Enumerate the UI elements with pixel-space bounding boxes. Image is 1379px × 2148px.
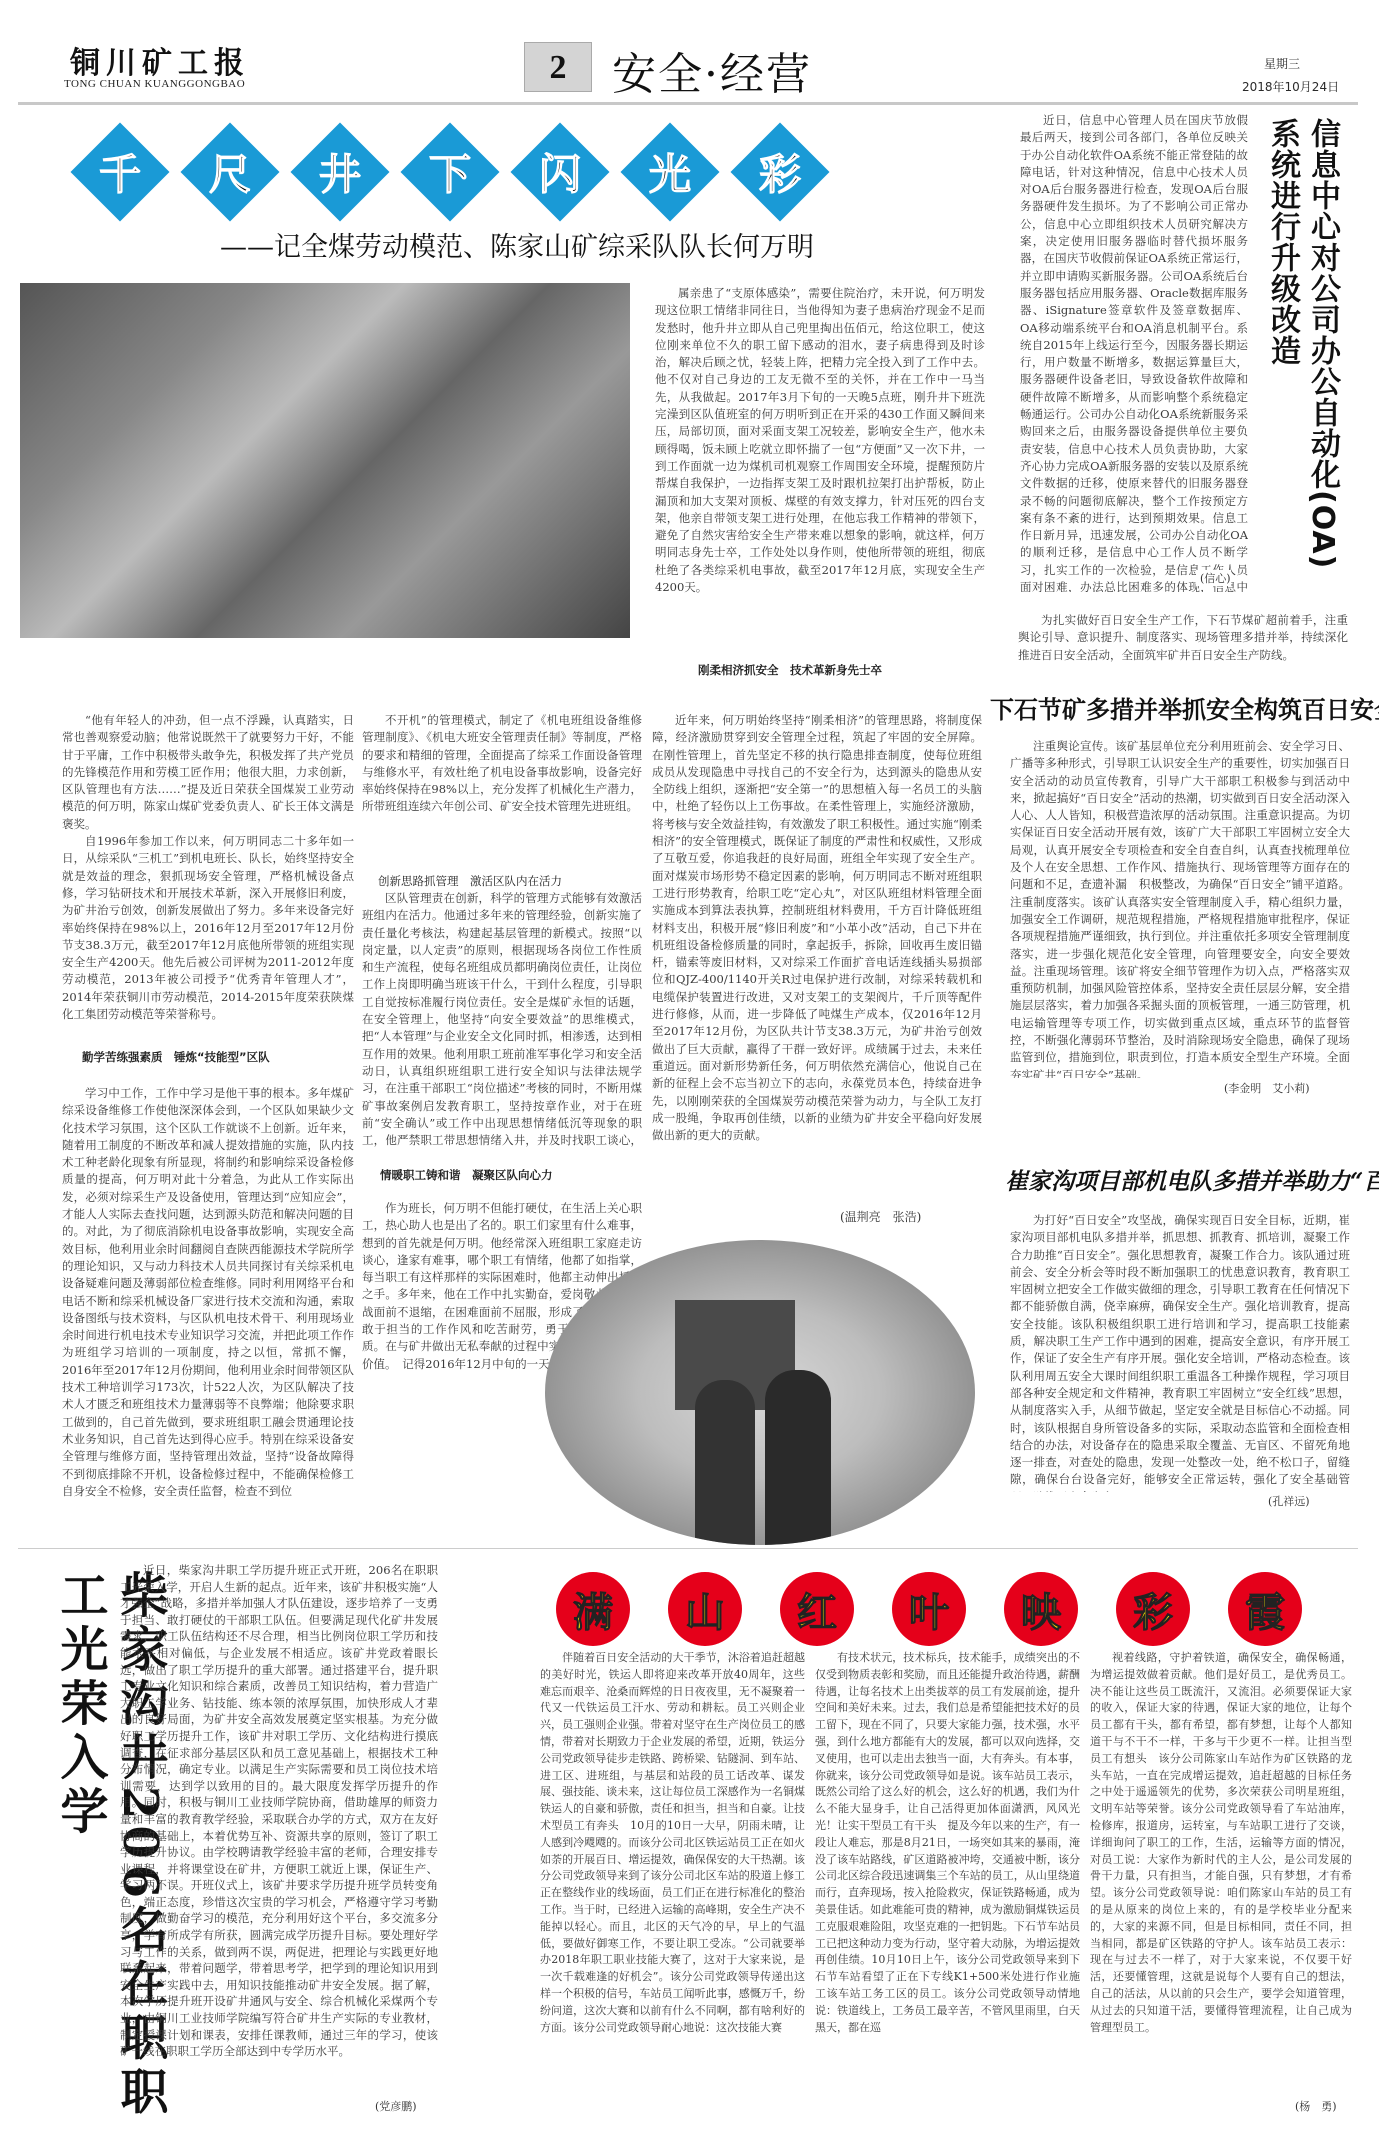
- chaijiagou-text: 近日，柴家沟井职工学历提升班正式开班，206名在职职工光荣入学，开启人生新的起点…: [120, 1562, 438, 2092]
- oa-story-text: 近日，信息中心管理人员在国庆节放假最后两天，接到公司各部门，各单位反映关于办公自…: [1020, 112, 1248, 592]
- lead-col3: 近年来，何万明始终坚持“刚柔相济”的管理思路，将制度保障，经济激励贯穿到安全管理…: [652, 712, 982, 1202]
- title-diamond: 光: [620, 122, 720, 222]
- lead-col2-b: 区队管理责在创新，科学的管理方式能够有效激活班组内在活力。他通过多年来的管理经验…: [362, 890, 642, 1150]
- photo-caption: 刚柔相济抓安全 技术革新身先士卒: [698, 662, 882, 678]
- xsj-intro: 为扎实做好百日安全生产工作，下石节煤矿超前着手，注重舆论引导、意识提升、制度落实…: [1018, 612, 1348, 668]
- railway-col2: 有技术状元，技术标兵，技术能手，成绩突出的不仅受到物质表彰和奖励，而且还能提升政…: [815, 1650, 1080, 2130]
- title-diamond: 千: [70, 122, 170, 222]
- title-diamond: 彩: [730, 122, 830, 222]
- cjg-text: 为打好“百日安全”攻坚战，确保实现百日安全目标，近期，崔家沟项目部机电队多措并举…: [1010, 1212, 1350, 1492]
- issue-date: 2018年10月24日: [1242, 78, 1339, 95]
- xsj-headline: 下石节矿多措并举抓安全构筑百日安全生产防线: [990, 690, 1379, 725]
- title-circle: 山: [668, 1572, 742, 1646]
- lead-col-top-right: 属亲患了“支原体感染”，需要住院治疗，未开说，何万明发现这位职工情绪非同往日，当…: [655, 285, 985, 640]
- award-photo: [545, 1240, 975, 1545]
- xsj-byline: (李金明 艾小莉): [1220, 1080, 1310, 1096]
- oa-byline: (信心): [1196, 570, 1231, 586]
- section-head-3: 情暖职工铸和谐 凝聚区队向心力: [380, 1167, 553, 1183]
- title-diamond: 闪: [510, 122, 610, 222]
- title-diamond: 下: [400, 122, 500, 222]
- title-circle: 满: [556, 1572, 630, 1646]
- lead-col2: 不开机”的管理模式，制定了《机电班组设备维修管理制度》、《机电大班安全管理责任制…: [362, 712, 642, 867]
- miner-photo: [20, 283, 630, 638]
- title-diamond: 井: [290, 122, 390, 222]
- chaijiagou-byline: (党彦鹏): [375, 2098, 417, 2114]
- lead-col1: “他有年轻人的冲劲，但一点不浮躁，认真踏实，日常也善观察爱动脑；他常说既然干了就…: [62, 712, 354, 1037]
- railway-byline: (杨 勇): [1295, 2098, 1337, 2114]
- title-circle: 红: [780, 1572, 854, 1646]
- section-title: 安全·经营: [612, 38, 812, 102]
- title-circle: 叶: [892, 1572, 966, 1646]
- title-circle: 霞: [1228, 1572, 1302, 1646]
- title-diamond: 尺: [180, 122, 280, 222]
- section-head-2: 创新思路抓管理 激活区队内在活力: [378, 873, 562, 889]
- cjg-byline: (孔祥远): [1268, 1493, 1310, 1509]
- cjg-headline: 崔家沟项目部机电队多措并举助力“百日安全”: [1005, 1163, 1379, 1196]
- lead-byline: (温荆亮 张浩): [840, 1208, 921, 1225]
- page-number: 2: [524, 42, 592, 92]
- railway-col1: 伴随着百日安全活动的大干季节，沐浴着追赶超越的美好时光，铁运人即将迎来改革开放4…: [540, 1650, 805, 2130]
- newspaper-name-en: TONG CHUAN KUANGGONGBAO: [64, 78, 245, 90]
- title-circle: 彩: [1116, 1572, 1190, 1646]
- section-head-1: 勤学苦练强素质 锤炼“技能型”区队: [82, 1049, 270, 1065]
- photo-person: [695, 1380, 755, 1545]
- section-divider: [18, 1548, 1358, 1549]
- weekday: 星期三: [1264, 55, 1300, 72]
- header-rule: [18, 102, 1358, 105]
- xsj-text: 注重舆论宣传。该矿基层单位充分利用班前会、安全学习日、广播等多种形式，引导职工认…: [1010, 738, 1350, 1078]
- lead-col1-lower: 学习中工作，工作中学习是他干事的根本。多年煤矿综采设备维修工作使他深深体会到，一…: [62, 1085, 354, 1540]
- lead-subtitle: ——记全煤劳动模范、陈家山矿综采队队长何万明: [220, 225, 814, 264]
- title-circle: 映: [1004, 1572, 1078, 1646]
- lead-title: 千 尺 井 下 闪 光 彩: [70, 122, 830, 222]
- newspaper-name: 铜川矿工报: [70, 38, 250, 82]
- railway-col3: 视着线路，守护着铁道，确保安全，确保畅通，为增运提效做着贡献。他们是好员工，是优…: [1090, 1650, 1352, 2080]
- oa-story-title: 信息中心对公司办公自动化(OA)系统进行升级改造: [1262, 118, 1342, 598]
- photo-person: [765, 1370, 831, 1545]
- railway-title: 满 山 红 叶 映 彩 霞: [556, 1572, 1302, 1646]
